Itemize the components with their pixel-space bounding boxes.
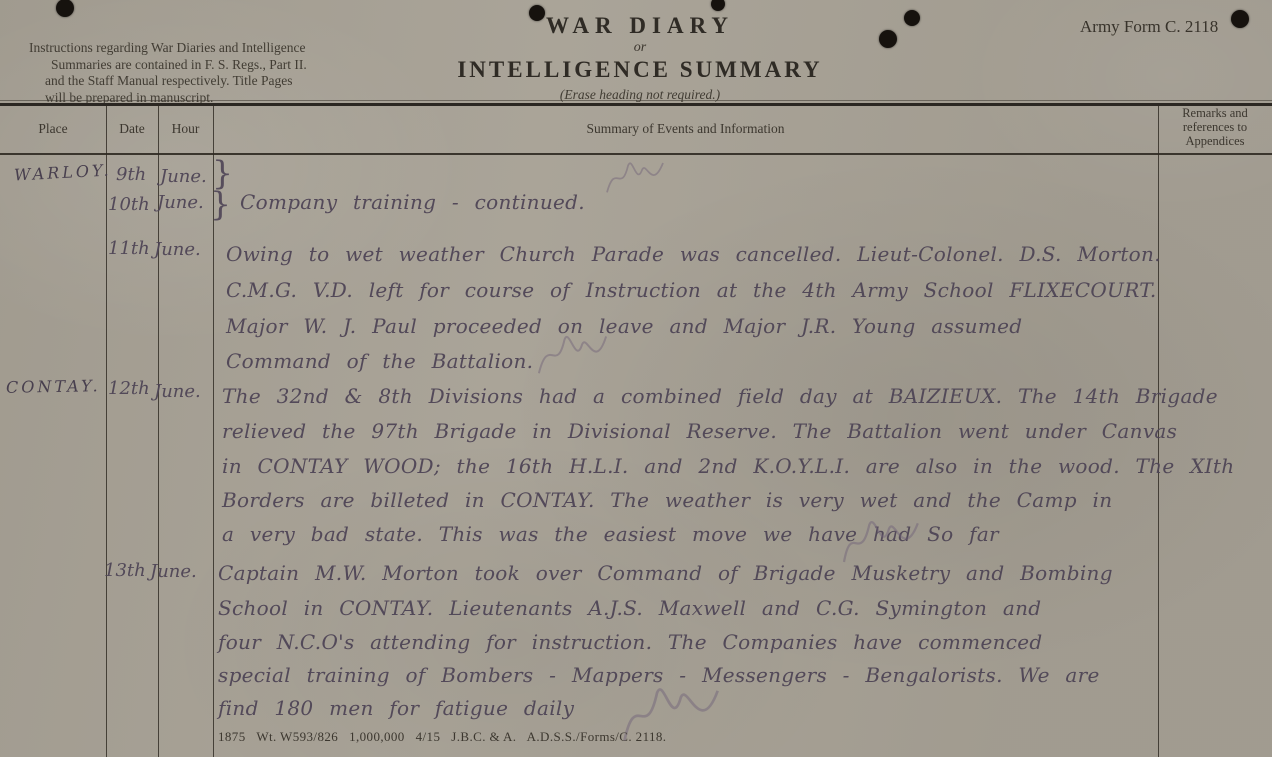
summary-line: in CONTAY WOOD; the 16th H.L.I. and 2nd … <box>222 454 1234 478</box>
column-header-hour: Hour <box>158 121 213 137</box>
date-month: June. <box>154 239 201 260</box>
form-instructions: Instructions regarding War Diaries and I… <box>12 40 307 106</box>
form-title-block: WAR DIARY or INTELLIGENCE SUMMARY (Erase… <box>430 13 850 103</box>
summary-line: find 180 men for fatigue daily <box>218 696 574 720</box>
column-header-date: Date <box>106 121 158 137</box>
signature-scribble <box>600 152 670 207</box>
date-day: 12th <box>108 378 150 399</box>
instructions-line: Summaries are contained in F. S. Regs., … <box>12 57 307 74</box>
summary-line: relieved the 97th Brigade in Divisional … <box>222 419 1177 443</box>
punch-hole <box>711 0 725 11</box>
date-month: June. <box>157 192 204 213</box>
date-brace: } <box>210 184 231 223</box>
column-header-place: Place <box>0 121 106 137</box>
header-rule-thick <box>0 103 1272 106</box>
army-form-number: Army Form C. 2118 <box>1080 17 1218 37</box>
summary-line: Company training - continued. <box>240 190 585 214</box>
form-title-or: or <box>430 40 850 56</box>
date-month: June. <box>160 166 207 187</box>
punch-hole <box>56 0 74 17</box>
date-day: 10th <box>108 194 150 215</box>
date-day: 13th <box>104 560 146 581</box>
punch-hole <box>879 30 897 48</box>
form-title-intelligence-summary: INTELLIGENCE SUMMARY <box>430 57 850 83</box>
punch-hole <box>1231 10 1249 28</box>
signature-scribble <box>835 512 925 572</box>
date-day: 9th <box>116 164 146 185</box>
column-header-remarks: Remarks and references to Appendices <box>1158 106 1272 148</box>
remarks-header-line: references to <box>1158 120 1272 134</box>
place-entry: CONTAY. <box>6 376 101 397</box>
date-month: June. <box>150 561 197 582</box>
remarks-header-line: Appendices <box>1158 134 1272 148</box>
instructions-line: Instructions regarding War Diaries and I… <box>12 40 307 57</box>
date-day: 11th <box>108 238 150 259</box>
summary-line: School in CONTAY. Lieutenants A.J.S. Max… <box>218 596 1041 620</box>
remarks-header-line: Remarks and <box>1158 106 1272 120</box>
divider-place-date <box>106 105 107 757</box>
column-header-summary: Summary of Events and Information <box>213 121 1158 137</box>
punch-hole <box>904 10 920 26</box>
summary-line: Major W. J. Paul proceeded on leave and … <box>226 314 1022 338</box>
summary-line: C.M.G. V.D. left for course of Instructi… <box>226 278 1157 302</box>
form-imprint: 1875 Wt. W593/826 1,000,000 4/15 J.B.C. … <box>218 729 666 745</box>
form-title-war-diary: WAR DIARY <box>430 13 850 39</box>
header-rule-thin <box>0 100 1272 101</box>
signature-scribble <box>530 330 615 383</box>
date-month: June. <box>154 381 201 402</box>
summary-line: Borders are billeted in CONTAY. The weat… <box>222 488 1112 512</box>
summary-line: Captain M.W. Morton took over Command of… <box>218 561 1113 585</box>
war-diary-sheet: Instructions regarding War Diaries and I… <box>0 0 1272 757</box>
place-entry: WARLOY. <box>14 160 112 184</box>
summary-line: Owing to wet weather Church Parade was c… <box>226 242 1161 266</box>
summary-line: The 32nd & 8th Divisions had a combined … <box>222 384 1218 408</box>
summary-line: four N.C.O's attending for instruction. … <box>218 630 1043 654</box>
summary-line: Command of the Battalion. <box>226 349 533 373</box>
instructions-line: and the Staff Manual respectively. Title… <box>12 73 307 90</box>
